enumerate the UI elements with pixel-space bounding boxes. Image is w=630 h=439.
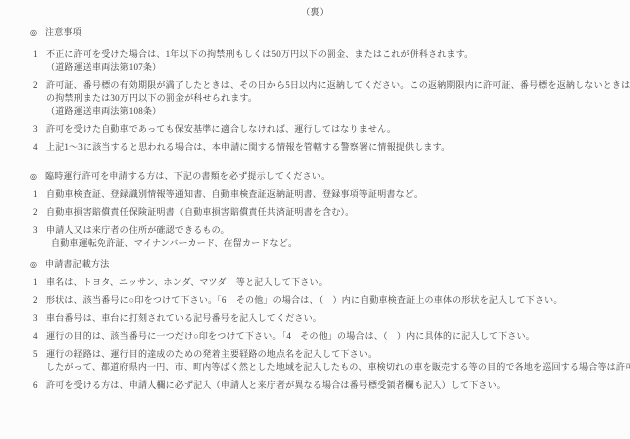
item-lines: 申請人又は来庁者の住所が確認できるもの。自動車運転免許証、マイナンバーカード、在… [46,224,630,250]
item-number: 6 [33,379,46,392]
section: ◎臨時運行許可を申請する方は、下記の書類を必ず提示してください。1自動車検査証、… [0,170,630,250]
list-item: 1不正に許可を受けた場合は、1年以下の拘禁刑もしくは50万円以下の罰金、またはこ… [0,48,630,74]
item-line: 不正に許可を受けた場合は、1年以下の拘禁刑もしくは50万円以下の罰金、またはこれ… [46,48,626,61]
list-item: 1自動車検査証、登録識別情報等通知書、自動車検査証返納証明書、登録事項等証明書な… [0,188,630,201]
item-lines: 運行の目的は、該当番号に一つだけ○印をつけて下さい。「4 その他」の場合は、（ … [46,330,630,343]
item-number: 2 [33,79,46,118]
item-line: 許可証、番号標の有効期限が満了したときは、その日から5日以内に返納してください。… [46,79,630,92]
item-line: 自動車運転免許証、マイナンバーカード、在留カードなど。 [46,237,626,250]
list-item: 6許可を受ける方は、申請人欄に必ず記入（申請人と来庁者が異なる場合は番号標受領者… [0,379,630,392]
double-circle-icon: ◎ [30,170,45,183]
item-lines: 許可証、番号標の有効期限が満了したときは、その日から5日以内に返納してください。… [46,79,630,118]
item-line: 形状は、該当番号に○印をつけて下さい。「6 その他」の場合は、（ ）内に自動車検… [46,294,626,307]
section-title: 臨時運行許可を申請する方は、下記の書類を必ず提示してください。 [45,170,630,183]
item-lines: 自動車検査証、登録識別情報等通知書、自動車検査証返納証明書、登録事項等証明書など… [46,188,630,201]
sections-container: ◎注意事項1不正に許可を受けた場合は、1年以下の拘禁刑もしくは50万円以下の罰金… [0,26,630,392]
double-circle-icon: ◎ [30,26,45,39]
document-page: （裏） ◎注意事項1不正に許可を受けた場合は、1年以下の拘禁刑もしくは50万円以… [0,0,630,439]
item-number: 2 [33,206,46,219]
item-line: 許可を受ける方は、申請人欄に必ず記入（申請人と来庁者が異なる場合は番号標受領者欄… [46,379,626,392]
item-lines: 不正に許可を受けた場合は、1年以下の拘禁刑もしくは50万円以下の罰金、またはこれ… [46,48,630,74]
item-number: 2 [33,294,46,307]
section-header: ◎申請書記載方法 [0,258,630,271]
item-number: 3 [33,123,46,136]
item-line: 車名は、トヨタ、ニッサン、ホンダ、マツダ 等と記入して下さい。 [46,276,626,289]
item-lines: 車名は、トヨタ、ニッサン、ホンダ、マツダ 等と記入して下さい。 [46,276,630,289]
item-number: 3 [33,312,46,325]
page-side-label: （裏） [0,6,630,18]
item-line: の拘禁刑または30万円以下の罰金が科せられます。 [46,92,630,105]
item-line: 許可を受けた自動車であっても保安基準に適合しなければ、運行してはなりません。 [46,123,626,136]
item-line: 運行の目的は、該当番号に一つだけ○印をつけて下さい。「4 その他」の場合は、（ … [46,330,626,343]
item-lines: 上記1〜3に該当すると思われる場合は、本申請に関する情報を管轄する警察署に情報提… [46,141,630,154]
item-number: 1 [33,48,46,74]
list-item: 2自動車損害賠償責任保険証明書（自動車損害賠償責任共済証明書を含む）。 [0,206,630,219]
item-number: 5 [33,348,46,374]
item-number: 4 [33,141,46,154]
item-number: 1 [33,276,46,289]
list-item: 3許可を受けた自動車であっても保安基準に適合しなければ、運行してはなりません。 [0,123,630,136]
item-number: 3 [33,224,46,250]
section-items: 1自動車検査証、登録識別情報等通知書、自動車検査証返納証明書、登録事項等証明書な… [0,188,630,250]
section-title: 注意事項 [45,26,630,39]
section: ◎注意事項1不正に許可を受けた場合は、1年以下の拘禁刑もしくは50万円以下の罰金… [0,26,630,154]
item-number: 4 [33,330,46,343]
item-line: したがって、都道府県内一円、市、町内等ばく然とした地域を記入したもの、車検切れの… [46,361,630,374]
list-item: 4運行の目的は、該当番号に一つだけ○印をつけて下さい。「4 その他」の場合は、（… [0,330,630,343]
item-lines: 車台番号は、車台に打刻されている記号番号を記入してください。 [46,312,630,325]
item-lines: 自動車損害賠償責任保険証明書（自動車損害賠償責任共済証明書を含む）。 [46,206,630,219]
item-line: （道路運送車両法第107条） [46,61,626,74]
list-item: 3車台番号は、車台に打刻されている記号番号を記入してください。 [0,312,630,325]
item-lines: 許可を受けた自動車であっても保安基準に適合しなければ、運行してはなりません。 [46,123,630,136]
section-items: 1車名は、トヨタ、ニッサン、ホンダ、マツダ 等と記入して下さい。2形状は、該当番… [0,276,630,392]
item-lines: 許可を受ける方は、申請人欄に必ず記入（申請人と来庁者が異なる場合は番号標受領者欄… [46,379,630,392]
section-items: 1不正に許可を受けた場合は、1年以下の拘禁刑もしくは50万円以下の罰金、またはこ… [0,48,630,154]
section-header: ◎注意事項 [0,26,630,39]
item-line: （道路運送車両法第108条） [46,105,630,118]
section-header: ◎臨時運行許可を申請する方は、下記の書類を必ず提示してください。 [0,170,630,183]
item-line: 自動車検査証、登録識別情報等通知書、自動車検査証返納証明書、登録事項等証明書など… [46,188,626,201]
list-item: 2形状は、該当番号に○印をつけて下さい。「6 その他」の場合は、（ ）内に自動車… [0,294,630,307]
item-line: 申請人又は来庁者の住所が確認できるもの。 [46,224,626,237]
double-circle-icon: ◎ [30,258,45,271]
list-item: 2許可証、番号標の有効期限が満了したときは、その日から5日以内に返納してください… [0,79,630,118]
list-item: 1車名は、トヨタ、ニッサン、ホンダ、マツダ 等と記入して下さい。 [0,276,630,289]
item-line: 運行の経路は、運行目的達成のための発着主要経路の地点名を記入して下さい。 [46,348,630,361]
item-lines: 形状は、該当番号に○印をつけて下さい。「6 その他」の場合は、（ ）内に自動車検… [46,294,630,307]
section: ◎申請書記載方法1車名は、トヨタ、ニッサン、ホンダ、マツダ 等と記入して下さい。… [0,258,630,392]
item-line: 車台番号は、車台に打刻されている記号番号を記入してください。 [46,312,626,325]
list-item: 5運行の経路は、運行目的達成のための発着主要経路の地点名を記入して下さい。したが… [0,348,630,374]
section-title: 申請書記載方法 [45,258,630,271]
item-lines: 運行の経路は、運行目的達成のための発着主要経路の地点名を記入して下さい。したがっ… [46,348,630,374]
item-line: 上記1〜3に該当すると思われる場合は、本申請に関する情報を管轄する警察署に情報提… [46,141,626,154]
list-item: 4上記1〜3に該当すると思われる場合は、本申請に関する情報を管轄する警察署に情報… [0,141,630,154]
list-item: 3申請人又は来庁者の住所が確認できるもの。自動車運転免許証、マイナンバーカード、… [0,224,630,250]
item-number: 1 [33,188,46,201]
item-line: 自動車損害賠償責任保険証明書（自動車損害賠償責任共済証明書を含む）。 [46,206,626,219]
